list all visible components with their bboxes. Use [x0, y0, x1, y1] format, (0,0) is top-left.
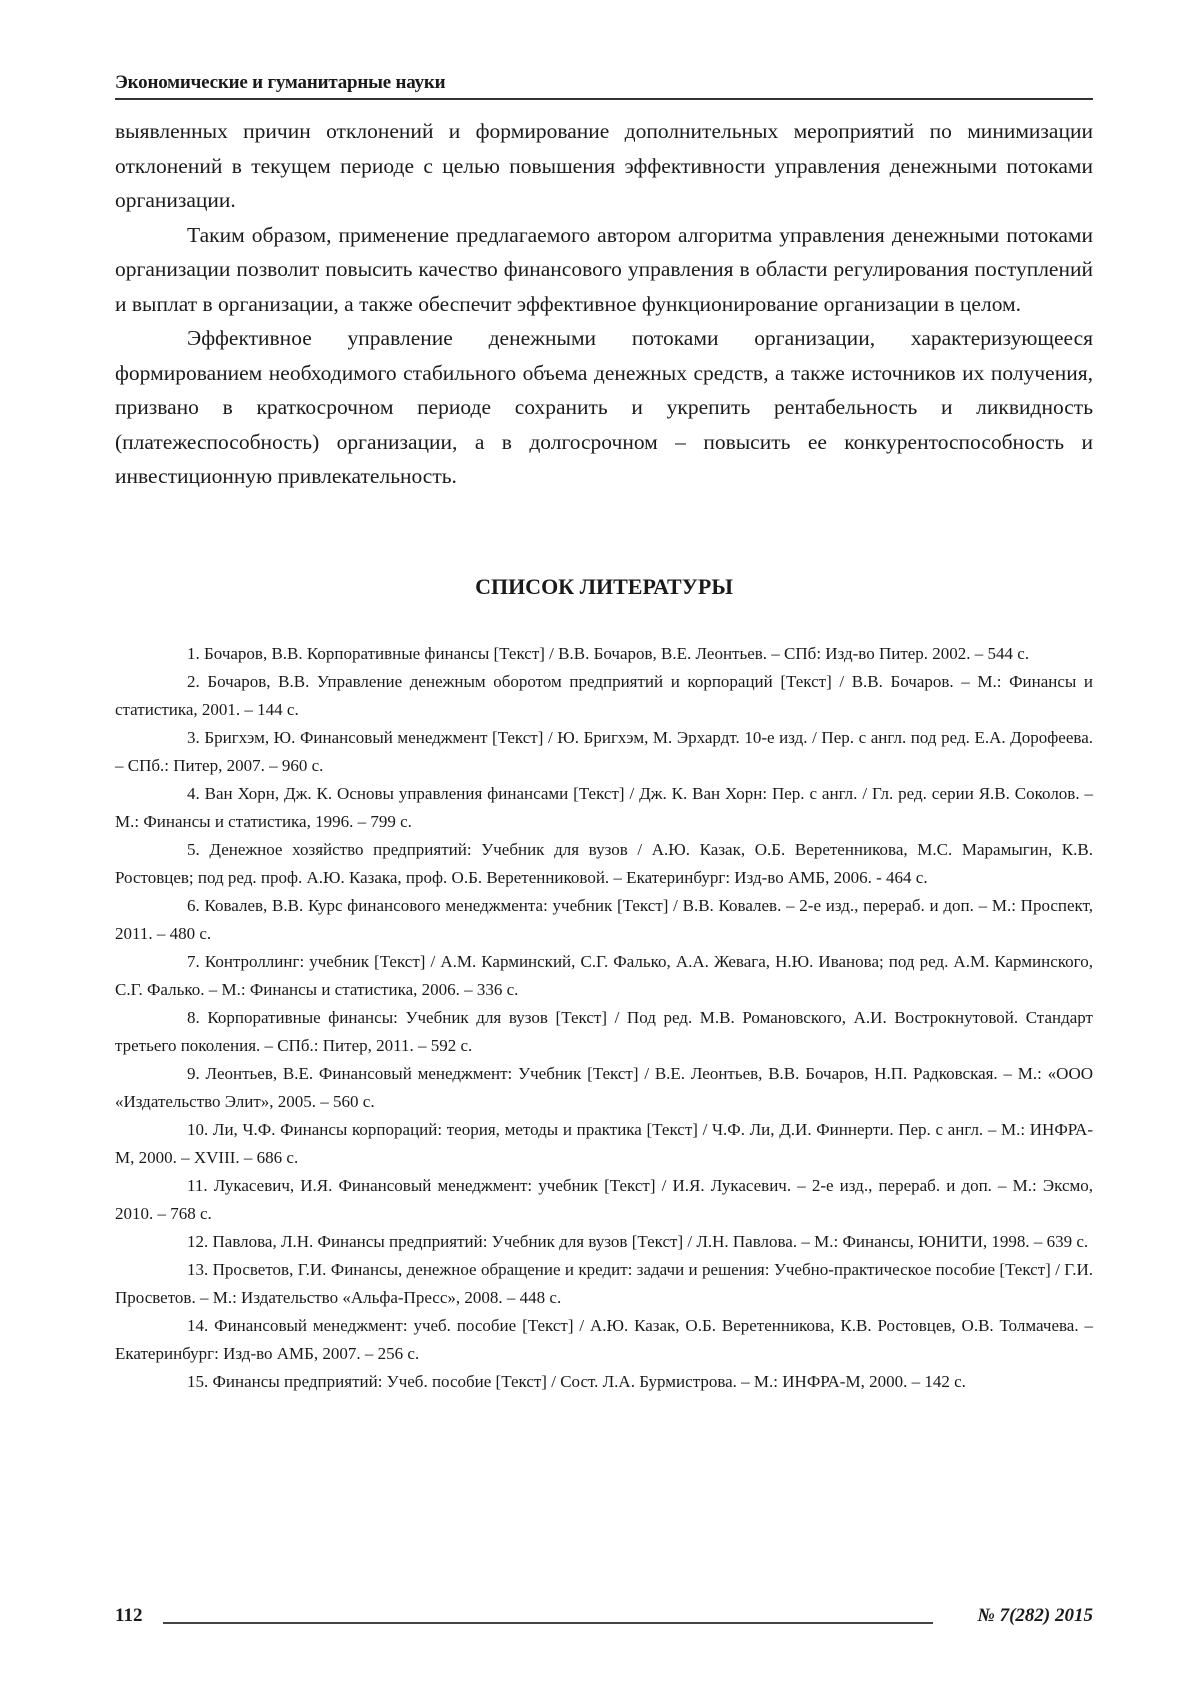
- reference-item: 12. Павлова, Л.Н. Финансы предприятий: У…: [115, 1228, 1093, 1256]
- page-footer: 112 № 7(282) 2015: [115, 1605, 1093, 1629]
- body-paragraph-3: Эффективное управление денежными потокам…: [115, 321, 1093, 494]
- reference-item: 2. Бочаров, В.В. Управление денежным обо…: [115, 668, 1093, 724]
- reference-item: 5. Денежное хозяйство предприятий: Учебн…: [115, 836, 1093, 892]
- reference-item: 6. Ковалев, В.В. Курс финансового менедж…: [115, 892, 1093, 948]
- reference-item: 14. Финансовый менеджмент: учеб. пособие…: [115, 1312, 1093, 1368]
- page-number: 112: [115, 1605, 142, 1627]
- reference-item: 4. Ван Хорн, Дж. К. Основы управления фи…: [115, 780, 1093, 836]
- reference-item: 8. Корпоративные финансы: Учебник для ву…: [115, 1004, 1093, 1060]
- reference-item: 7. Контроллинг: учебник [Текст] / А.М. К…: [115, 948, 1093, 1004]
- references-title: СПИСОК ЛИТЕРАТУРЫ: [115, 574, 1093, 600]
- reference-item: 3. Бригхэм, Ю. Финансовый менеджмент [Те…: [115, 724, 1093, 780]
- reference-item: 10. Ли, Ч.Ф. Финансы корпораций: теория,…: [115, 1116, 1093, 1172]
- references-list: 1. Бочаров, В.В. Корпоративные финансы […: [115, 640, 1093, 1396]
- reference-item: 1. Бочаров, В.В. Корпоративные финансы […: [115, 640, 1093, 668]
- article-body: выявленных причин отклонений и формирова…: [115, 114, 1093, 494]
- reference-item: 13. Просветов, Г.И. Финансы, денежное об…: [115, 1256, 1093, 1312]
- issue-number: № 7(282) 2015: [977, 1605, 1093, 1627]
- footer-rule: [163, 1622, 933, 1624]
- reference-item: 9. Леонтьев, В.Е. Финансовый менеджмент:…: [115, 1060, 1093, 1116]
- reference-item: 11. Лукасевич, И.Я. Финансовый менеджмен…: [115, 1172, 1093, 1228]
- running-header: Экономические и гуманитарные науки: [115, 72, 1093, 100]
- reference-item: 15. Финансы предприятий: Учеб. пособие […: [115, 1368, 1093, 1396]
- body-paragraph-1: выявленных причин отклонений и формирова…: [115, 114, 1093, 218]
- body-paragraph-2: Таким образом, применение предлагаемого …: [115, 218, 1093, 322]
